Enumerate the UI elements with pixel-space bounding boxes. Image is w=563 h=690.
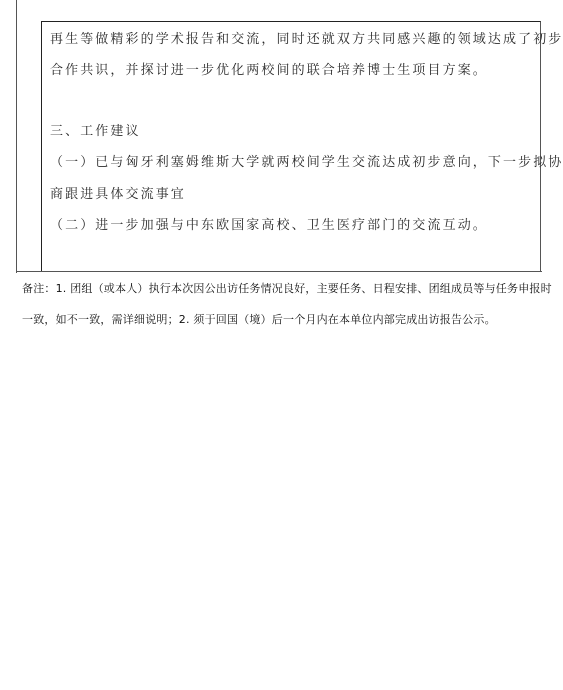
suggestion-1-line: （一）已与匈牙利塞姆维斯大学就两校间学生交流达成初步意向，下一步拟协	[50, 155, 563, 171]
paragraph-line: 合作共识，并探讨进一步优化两校间的联合培养博士生项目方案。	[50, 63, 488, 79]
suggestion-1-line: 商跟进具体交流事宜	[50, 187, 186, 203]
report-content-cell	[41, 21, 541, 272]
section-heading-work-suggestions: 三、工作建议	[50, 124, 141, 140]
table-bottom-border	[16, 271, 542, 272]
paragraph-line: 再生等做精彩的学术报告和交流，同时还就双方共同感兴趣的领域达成了初步	[50, 32, 563, 48]
remark-line: 备注：1. 团组（或本人）执行本次因公出访任务情况良好，主要任务、日程安排、团组…	[22, 282, 552, 296]
suggestion-2-line: （二）进一步加强与中东欧国家高校、卫生医疗部门的交流互动。	[50, 218, 488, 234]
table-outer-left-border	[16, 0, 17, 273]
remark-line: 一致，如不一致，需详细说明；2. 须于回国（境）后一个月内在本单位内部完成出访报…	[22, 313, 496, 327]
